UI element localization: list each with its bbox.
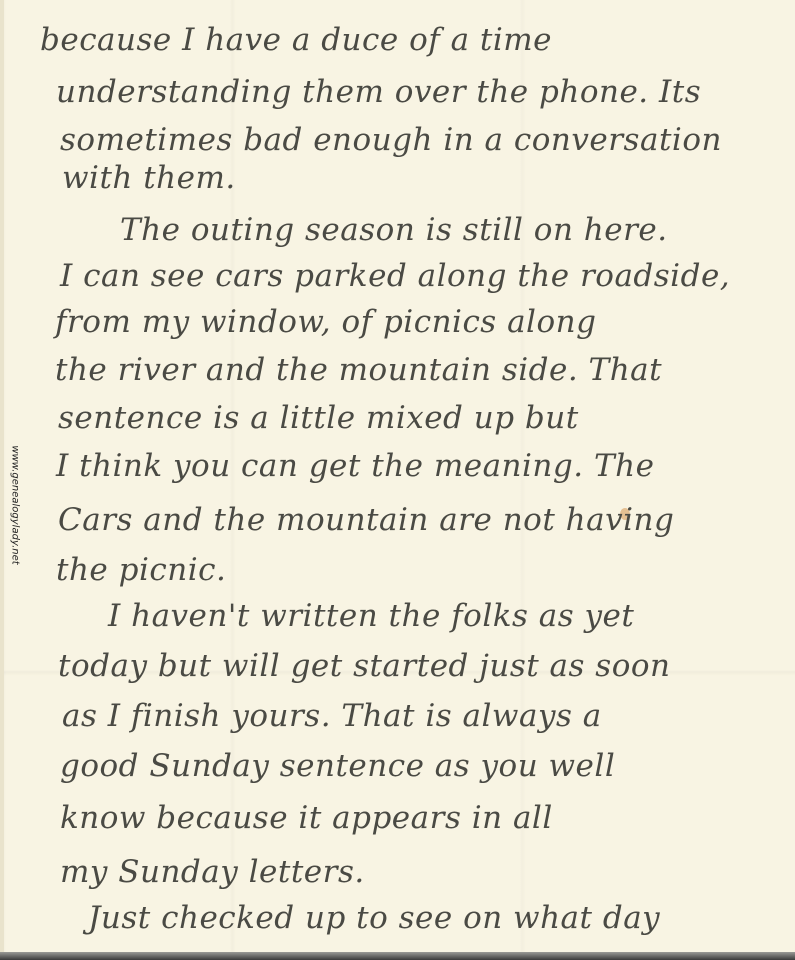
scan-bottom-edge [0, 952, 795, 960]
letter-line: sentence is a little mixed up but [58, 400, 579, 436]
letter-line: sometimes bad enough in a conversation [60, 122, 722, 158]
letter-line paragraph-start: Just checked up to see on what day [88, 900, 660, 936]
letter-line: know because it appears in all [60, 800, 553, 836]
letter-line: I can see cars parked along the roadside… [60, 258, 730, 294]
letter-line: as I finish yours. That is always a [62, 698, 602, 734]
letter-line: the river and the mountain side. That [55, 352, 662, 388]
letter-line: my Sunday letters. [60, 854, 365, 890]
letter-line: good Sunday sentence as you well [60, 748, 615, 784]
letter-page: www.genealogylady.net because I have a d… [0, 0, 795, 960]
letter-line: I think you can get the meaning. The [56, 448, 654, 484]
letter-line: understanding them over the phone. Its [56, 74, 701, 110]
letter-line: today but will get started just as soon [58, 648, 670, 684]
letter-line: with them. [62, 160, 236, 196]
letter-body: because I have a duce of a time understa… [0, 0, 795, 960]
letter-line paragraph-start: I haven't written the folks as yet [108, 598, 634, 634]
letter-line: from my window, of picnics along [55, 304, 596, 340]
letter-line: the picnic. [56, 552, 226, 588]
letter-line: because I have a duce of a time [40, 22, 552, 58]
letter-line paragraph-start: The outing season is still on here. [120, 212, 668, 248]
letter-line: Cars and the mountain are not having [58, 502, 674, 538]
